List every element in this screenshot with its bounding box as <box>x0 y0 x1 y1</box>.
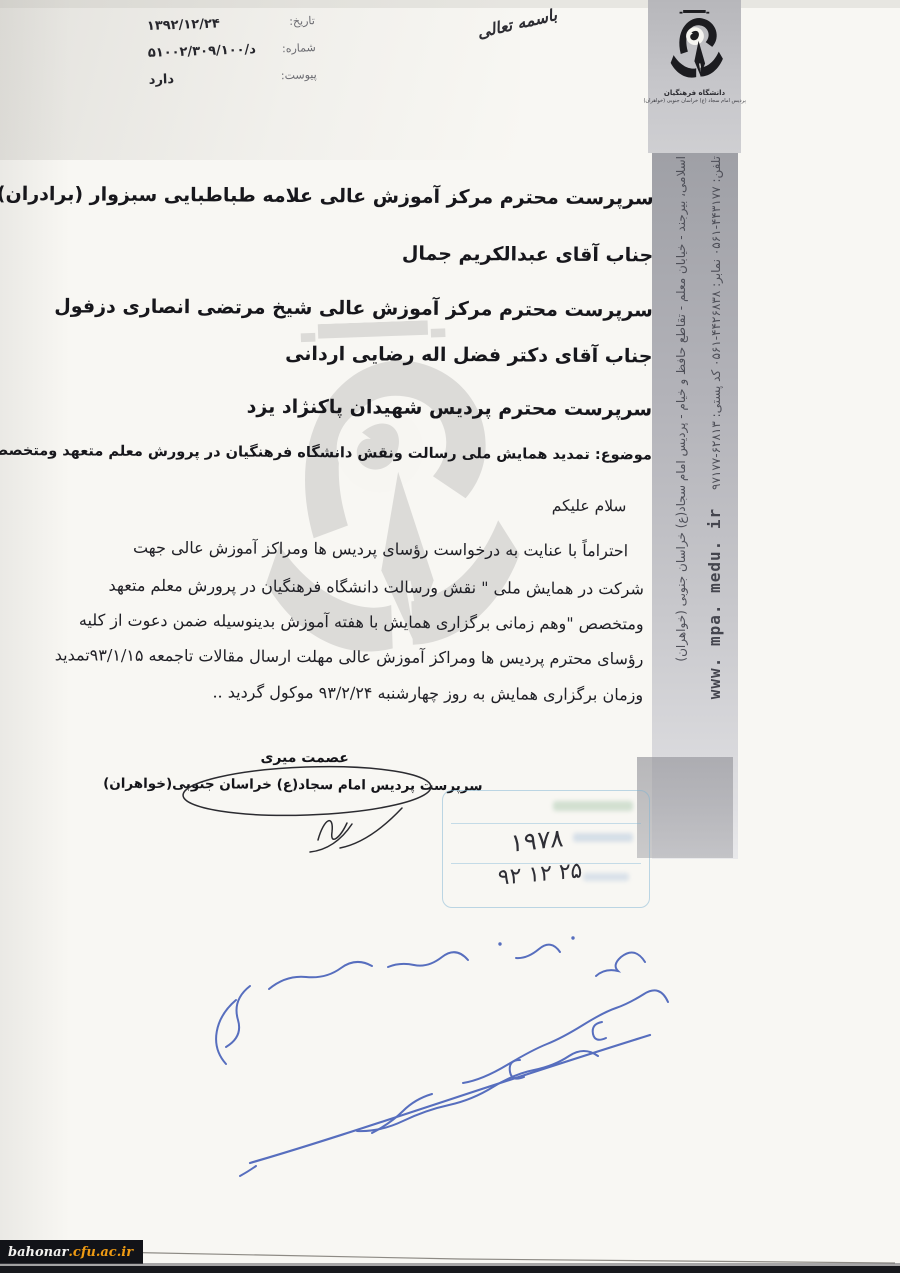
source-watermark-label: bahonar .cfu.ac.ir <box>0 1240 143 1264</box>
source-watermark-domain: .cfu.ac.ir <box>68 1245 133 1260</box>
scanned-letter-page: تاریخ: ۱۳۹۲/۱۲/۲۴ شماره: د/۵۱۰۰۲/۳۰۹/۱۰۰… <box>0 0 900 1273</box>
scan-edge-strip <box>0 1266 900 1273</box>
source-watermark-brand: bahonar <box>8 1245 68 1260</box>
scan-fold-line <box>0 0 900 1273</box>
